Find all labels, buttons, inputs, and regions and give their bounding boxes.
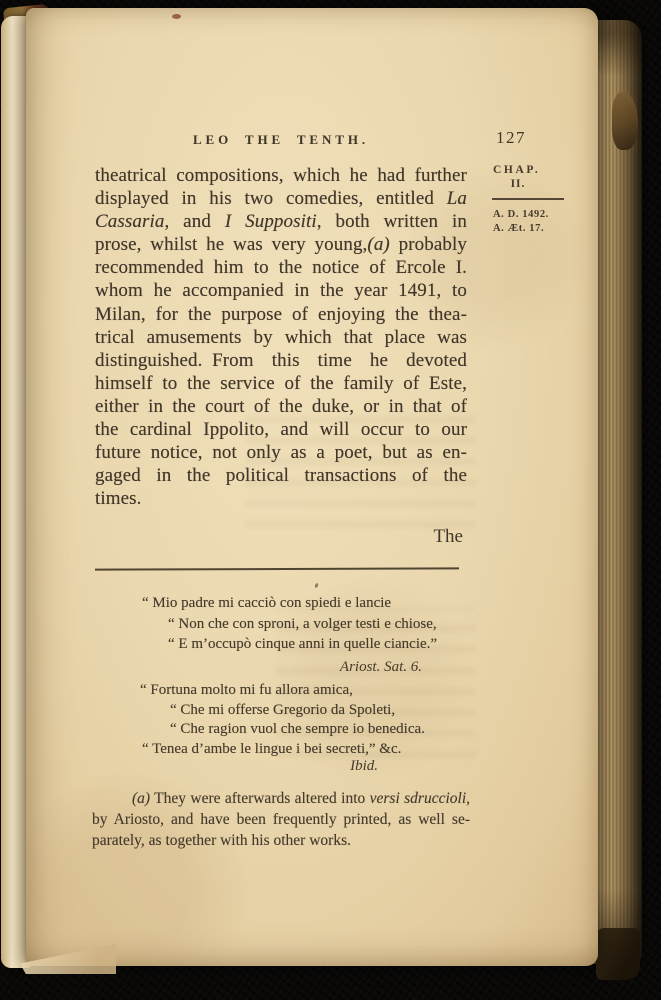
text-line: “ Che ragion vuol che sempre io benedica… bbox=[140, 720, 460, 740]
margin-date-aetatis: A. Æt. 17. bbox=[493, 223, 573, 234]
main-text-block: theatrical compositions, which he had fu… bbox=[95, 164, 467, 510]
text-line: Cassaria, and I Suppositi, both written … bbox=[95, 210, 467, 233]
photo-background: LEO THE TENTH. 127 CHAP. II. A. D. 1492.… bbox=[0, 0, 661, 1000]
text-line: Milan, for the purpose of enjoying the t… bbox=[95, 303, 467, 326]
text-line: whom he accompanied in the year 1491, to bbox=[95, 279, 467, 302]
text-line: future notice, not only as a poet, but a… bbox=[95, 441, 467, 464]
text-line: “ Fortuna molto mi fu allora amica, bbox=[140, 681, 460, 701]
text-line: prose, whilst he was very young,(a) prob… bbox=[95, 233, 467, 256]
text-line: “ Tenea d’ambe le lingue i bei secreti,”… bbox=[140, 740, 460, 760]
catchword: The bbox=[95, 526, 467, 548]
margin-rule bbox=[492, 198, 564, 200]
book-cover-corner-bottom bbox=[596, 928, 640, 980]
text-line: “ E m’occupò cinque anni in quelle cianc… bbox=[142, 634, 452, 655]
footnote-rule bbox=[95, 567, 459, 570]
text-line: theatrical compositions, which he had fu… bbox=[95, 164, 467, 187]
running-title: LEO THE TENTH. bbox=[95, 132, 467, 148]
paper-speck bbox=[172, 14, 181, 19]
chapter-number: II. bbox=[493, 178, 543, 190]
text-line: recommended him to the notice of Ercole … bbox=[95, 256, 467, 279]
text-line: “ Non che con sproni, a volger testi e c… bbox=[142, 614, 452, 635]
page-corner-fold bbox=[20, 944, 116, 974]
footnote-verse-2: “ Fortuna molto mi fu allora amica,“ Che… bbox=[140, 681, 460, 759]
text-line: the cardinal Ippolito, and will occur to… bbox=[95, 418, 467, 441]
text-line: by Ariosto, and have been frequently pri… bbox=[92, 810, 470, 831]
text-line: times. bbox=[95, 487, 467, 510]
text-line: “ Che mi offerse Gregorio da Spoleti, bbox=[140, 701, 460, 721]
chapter-label: CHAP. bbox=[493, 164, 551, 176]
margin-date-anno-domini: A. D. 1492. bbox=[493, 209, 573, 220]
text-line: displayed in his two comedies, entitled … bbox=[95, 187, 467, 210]
verse-2-attribution: Ibid. bbox=[140, 758, 378, 775]
text-line: “ Mio padre mi cacciò con spiedi e lanci… bbox=[142, 593, 452, 614]
margin-notes: CHAP. II. A. D. 1492. A. Æt. 17. bbox=[493, 164, 573, 234]
paper-speck bbox=[314, 583, 319, 589]
book-page: LEO THE TENTH. 127 CHAP. II. A. D. 1492.… bbox=[26, 8, 598, 966]
text-line: himself to the service of the family of … bbox=[95, 372, 467, 395]
text-line: trical amusements by which that place wa… bbox=[95, 326, 467, 349]
page-number: 127 bbox=[496, 128, 542, 148]
footnote-a: (a) They were afterwards altered into ve… bbox=[92, 789, 470, 851]
text-line: distinguished. From this time he devoted bbox=[95, 349, 467, 372]
text-line: either in the court of the duke, or in t… bbox=[95, 395, 467, 418]
verse-1-attribution: Ariost. Sat. 6. bbox=[142, 659, 422, 676]
text-line: (a) They were afterwards altered into ve… bbox=[92, 789, 470, 810]
footnote-verse-1: “ Mio padre mi cacciò con spiedi e lanci… bbox=[142, 593, 452, 655]
text-line: parately, as together with his other wor… bbox=[92, 831, 470, 852]
text-line: gaged in the political transactions of t… bbox=[95, 464, 467, 487]
